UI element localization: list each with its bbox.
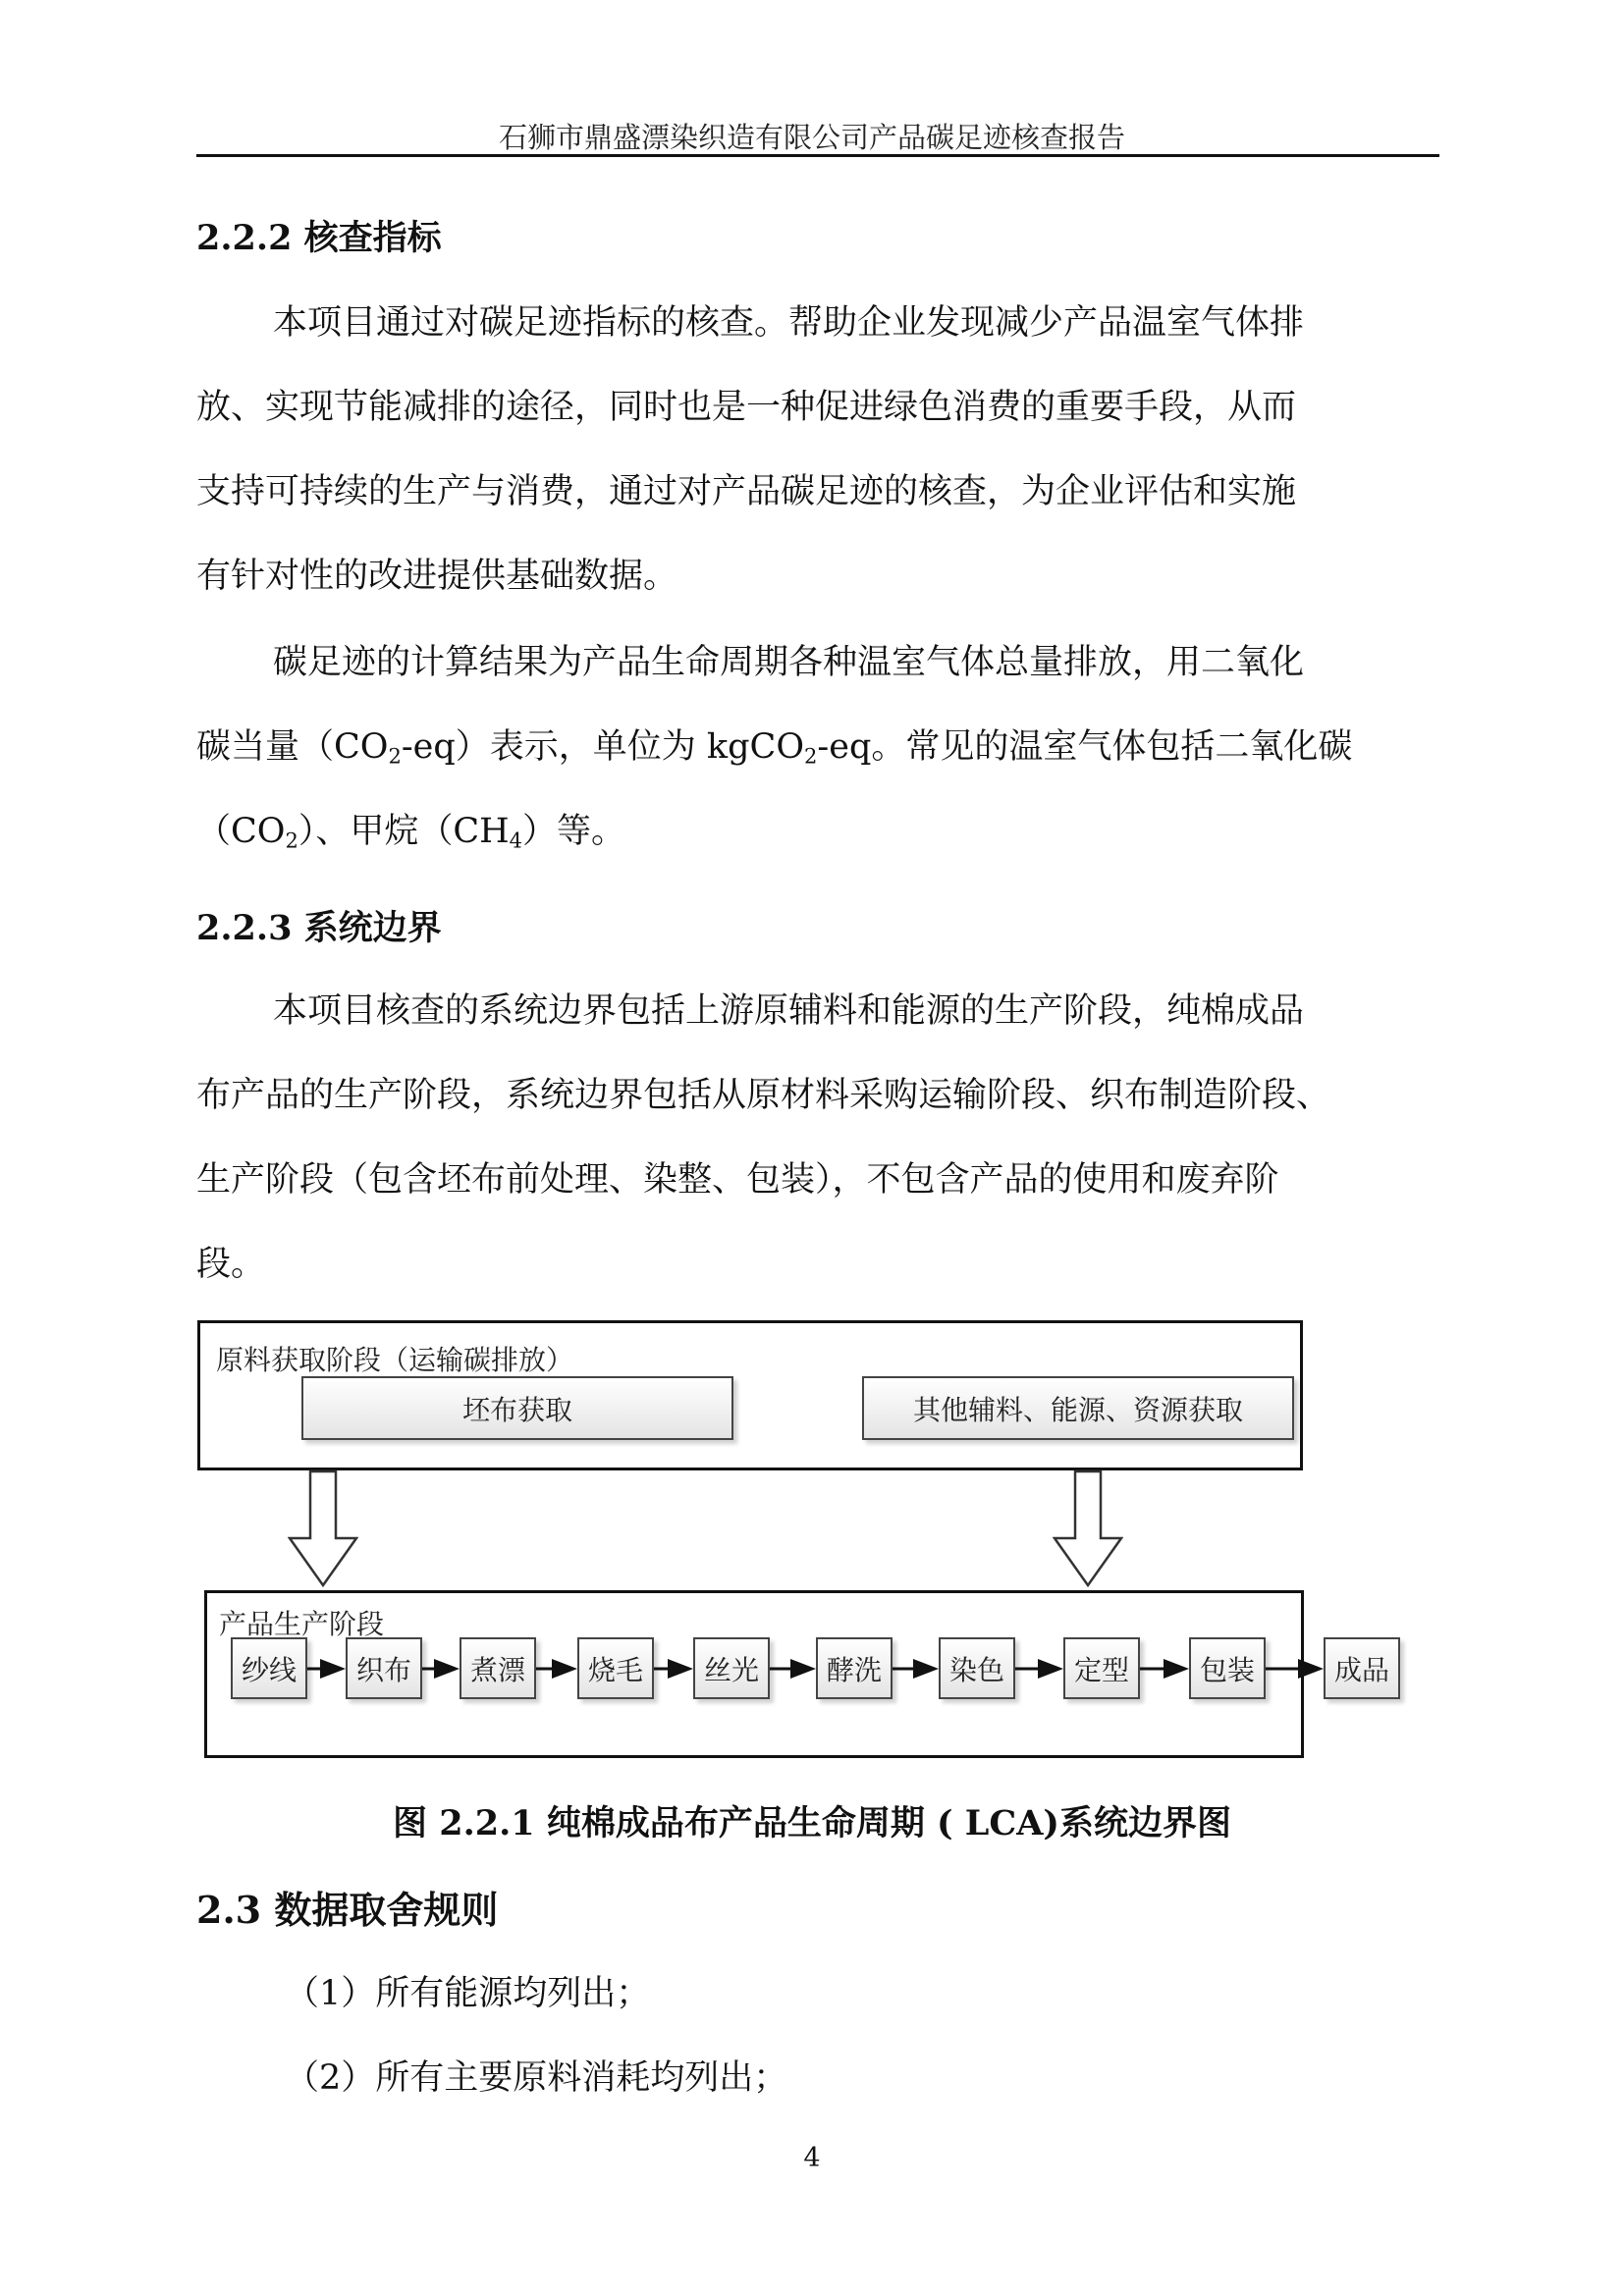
greige-fabric-box: 坯布获取 (301, 1376, 733, 1440)
heading-2-3: 2.3 数据取舍规则 (196, 1880, 498, 1934)
raw-material-stage-label: 原料获取阶段（运输碳排放） (216, 1339, 573, 1378)
lca-boundary-diagram: 原料获取阶段（运输碳排放） 坯布获取 其他辅料、能源、资源获取 产品生产阶段 纱… (0, 0, 1624, 2296)
figure-caption: 图 2.2.1 纯棉成品布产品生命周期 ( LCA)系统边界图 (0, 1796, 1624, 1845)
page-number: 4 (0, 2143, 1624, 2173)
down-arrow-icon (288, 1469, 358, 1589)
down-arrow-icon (1053, 1469, 1123, 1589)
other-inputs-box: 其他辅料、能源、资源获取 (862, 1376, 1294, 1440)
flow-arrows (0, 1657, 1624, 1681)
rule-item-2: （2）所有主要原料消耗均列出； (285, 2051, 787, 2100)
production-stage-label: 产品生产阶段 (219, 1603, 384, 1642)
rule-item-1: （1）所有能源均列出； (285, 1966, 650, 2015)
